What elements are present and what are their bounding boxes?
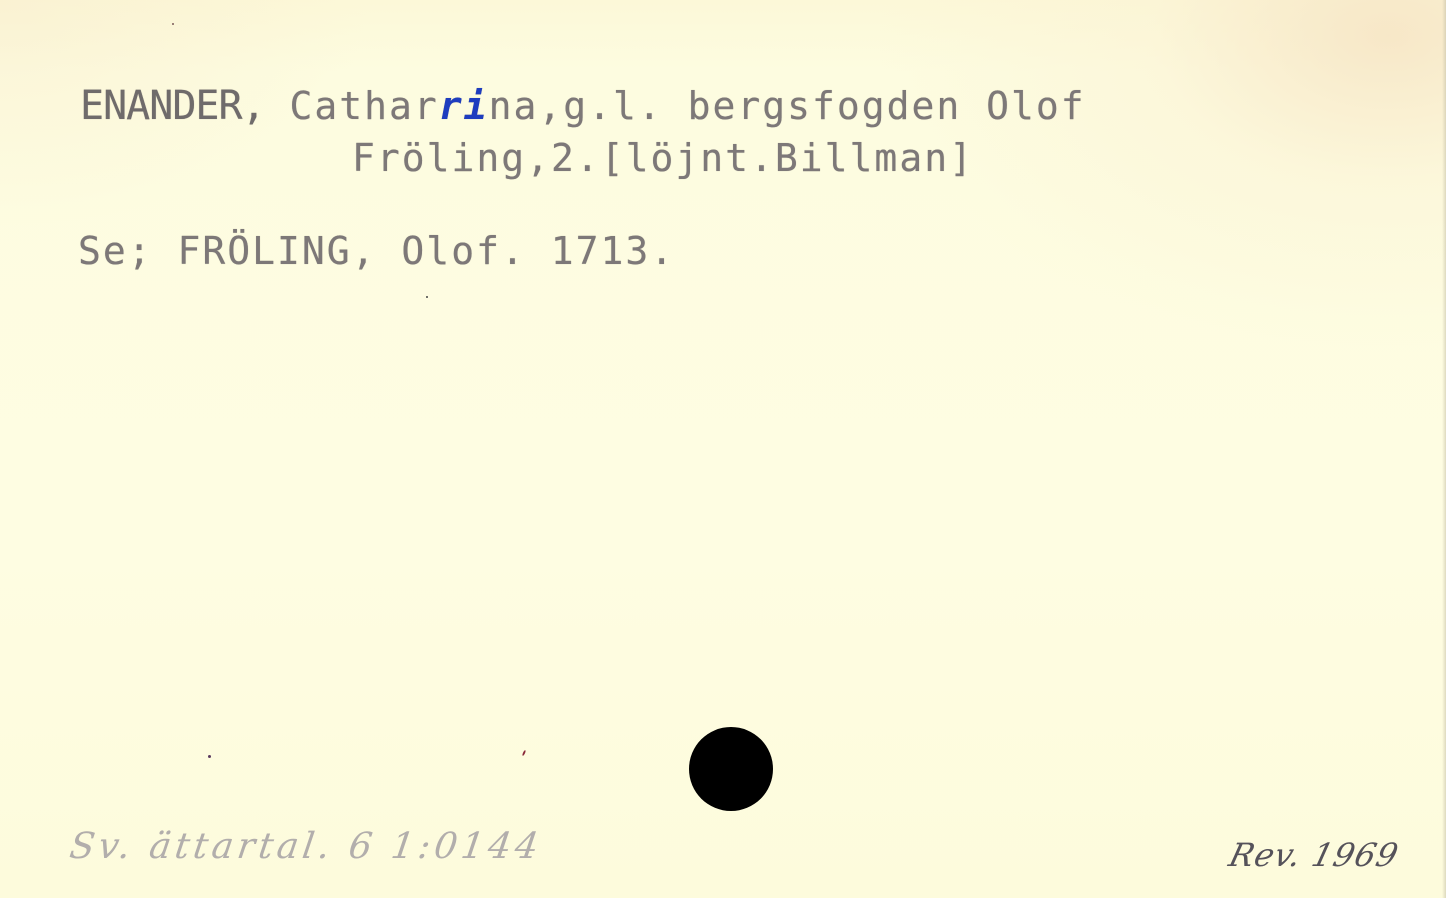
card-heading-line-2: Fröling,2.[löjnt.Billman] — [352, 139, 974, 177]
handwritten-source-note: Sv. ättartal. 6 1:0144 — [67, 826, 545, 867]
spouse-description: bergsfogden Olof — [688, 84, 1086, 128]
card-heading-line-1: ENANDER, Catharrina,g.l. bergsfogden Olo… — [80, 86, 1086, 126]
reference-target: FRÖLING, Olof. 1713. — [178, 229, 676, 273]
ink-speck — [208, 755, 211, 758]
ink-correction: ri — [439, 84, 489, 128]
ink-speck — [172, 23, 174, 25]
given-name-start: Cathar — [290, 84, 439, 128]
given-name: Catharrina,g.l. — [290, 84, 663, 128]
handwritten-revision-note: Rev. 1969 — [1225, 836, 1403, 874]
index-card: ENANDER, Catharrina,g.l. bergsfogden Olo… — [0, 0, 1446, 898]
see-prefix: Se; — [78, 229, 153, 273]
punch-hole — [689, 727, 773, 811]
surname: ENANDER, — [80, 83, 265, 129]
ink-speck — [426, 296, 428, 298]
given-name-end: na,g.l. — [489, 84, 663, 128]
cross-reference: Se; FRÖLING, Olof. 1713. — [78, 232, 675, 270]
ink-mark — [522, 750, 526, 756]
